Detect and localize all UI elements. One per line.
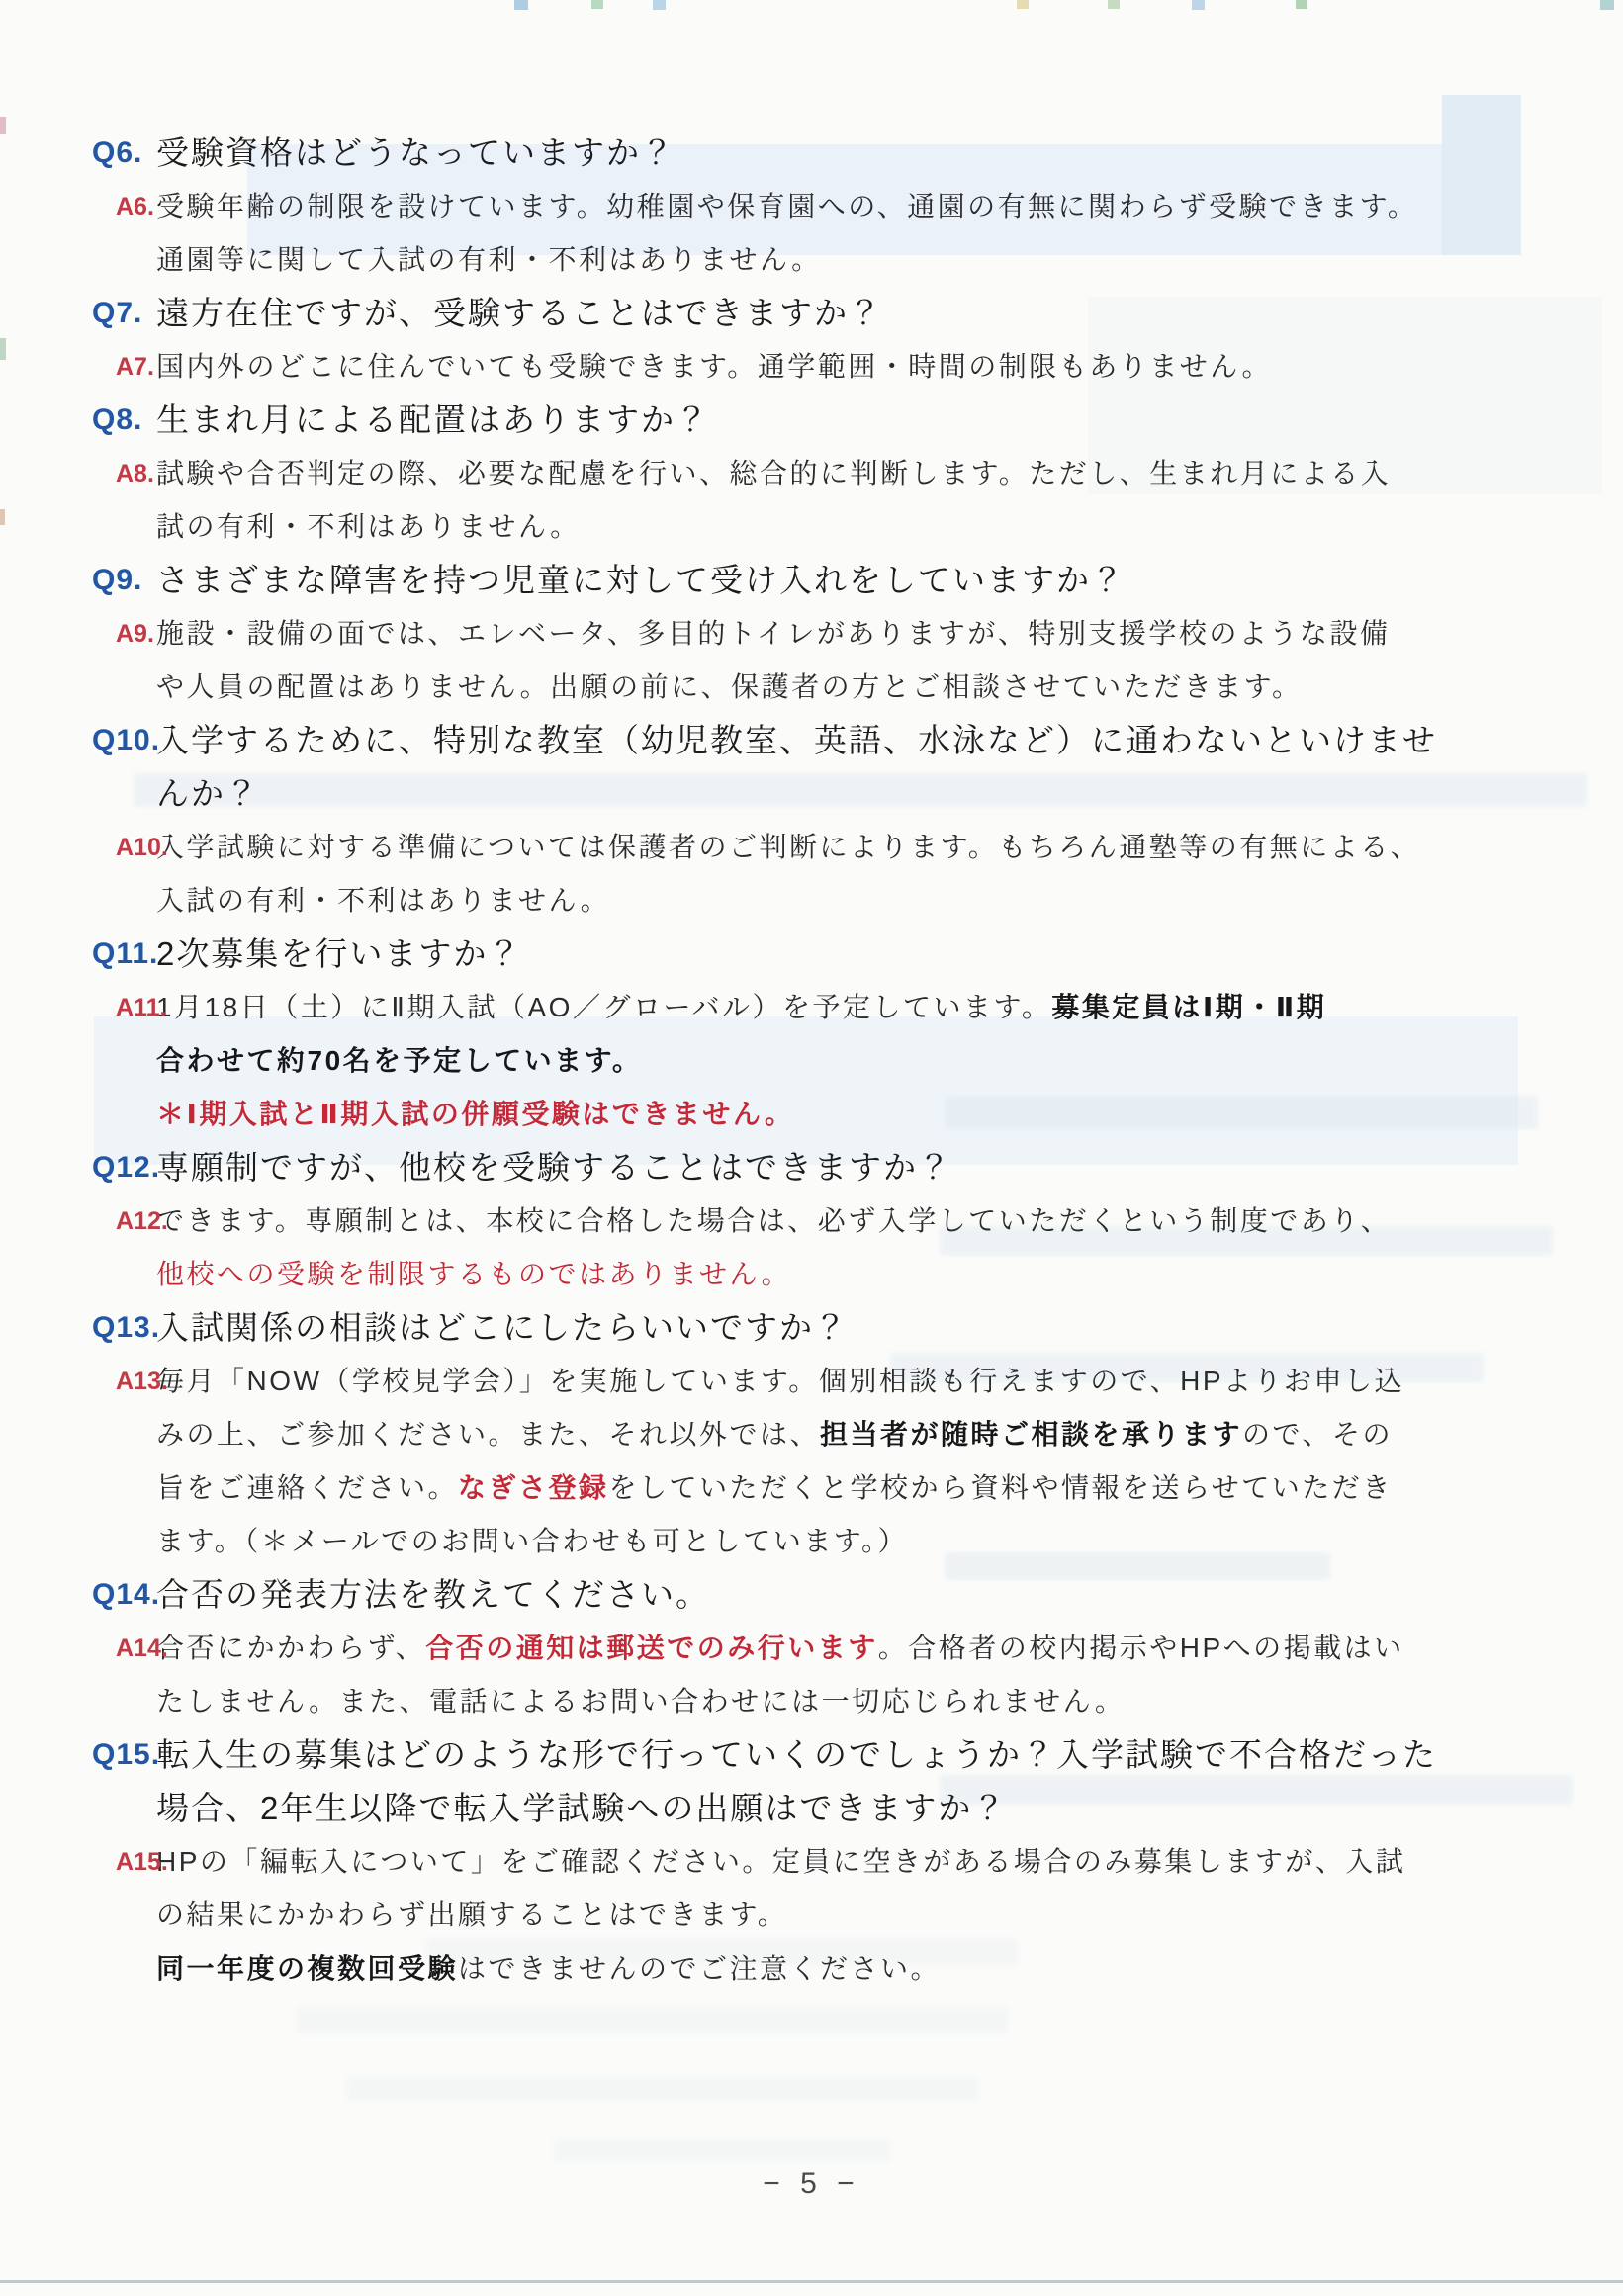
answer-note-red: ＊Ⅰ期入試とⅡ期入試の併願受験はできません。 bbox=[156, 1099, 795, 1129]
scan-speck bbox=[514, 0, 528, 10]
question-label: Q7. bbox=[92, 287, 142, 340]
question-text: 入試関係の相談はどこにしたらいいですか？ bbox=[156, 1309, 849, 1346]
answer-text-red-bold: なぎさ登録 bbox=[458, 1472, 609, 1503]
scan-ghost-text bbox=[346, 2076, 979, 2102]
answer-line: A10. 入学試験に対する準備については保護者のご判断によります。もちろん通塾等… bbox=[92, 821, 1536, 874]
scan-speck bbox=[1600, 0, 1614, 10]
faq-document: Q6. 受験資格はどうなっていますか？ A6. 受験年齢の制限を設けています。幼… bbox=[92, 127, 1536, 1995]
answer-label: A11. bbox=[116, 981, 166, 1034]
answer-line: 通園等に関して入試の有利・不利はありません。 bbox=[92, 233, 1536, 287]
qa-item-q12: Q12. 専願制ですが、他校を受験することはできますか？ A12. できます。専… bbox=[92, 1141, 1536, 1301]
answer-label: A8. bbox=[116, 447, 154, 500]
question-label: Q13. bbox=[92, 1301, 160, 1355]
question-label: Q6. bbox=[92, 127, 142, 180]
answer-line: みの上、ご参加ください。また、それ以外では、担当者が随時ご相談を承りますので、そ… bbox=[92, 1408, 1536, 1461]
scan-speck bbox=[1296, 0, 1307, 9]
answer-text: 受験年齢の制限を設けています。幼稚園や保育園への、通園の有無に関わらず受験できま… bbox=[156, 191, 1417, 221]
question-line: Q6. 受験資格はどうなっていますか？ bbox=[92, 127, 1536, 180]
question-line: Q10. 入学するために、特別な教室（幼児教室、英語、水泳など）に通わないといけ… bbox=[92, 714, 1536, 767]
answer-label: A12. bbox=[116, 1194, 168, 1248]
answer-label: A7. bbox=[116, 340, 154, 394]
answer-label: A14. bbox=[116, 1622, 168, 1675]
answer-text: や人員の配置はありません。出願の前に、保護者の方とご相談させていただきます。 bbox=[156, 671, 1302, 702]
question-label: Q8. bbox=[92, 394, 142, 447]
question-line: Q13. 入試関係の相談はどこにしたらいいですか？ bbox=[92, 1301, 1536, 1355]
question-label: Q11. bbox=[92, 927, 158, 981]
answer-label: A13. bbox=[116, 1355, 168, 1408]
answer-text: ます。（＊メールでのお問い合わせも可としています。） bbox=[156, 1526, 908, 1556]
answer-text: 試の有利・不利はありません。 bbox=[156, 511, 581, 542]
question-line: Q14. 合否の発表方法を教えてください。 bbox=[92, 1568, 1536, 1622]
question-label: Q9. bbox=[92, 554, 142, 607]
scan-speck bbox=[0, 117, 6, 134]
answer-text: 合否にかかわらず、 bbox=[156, 1633, 425, 1663]
answer-text-red: 他校への受験を制限するものではありません。 bbox=[156, 1259, 791, 1289]
answer-text: HPの「編転入について」をご確認ください。定員に空きがある場合のみ募集しますが、… bbox=[156, 1846, 1405, 1877]
question-line: Q8. 生まれ月による配置はありますか？ bbox=[92, 394, 1536, 447]
answer-line: A14. 合否にかかわらず、合否の通知は郵送でのみ行います。合格者の校内掲示やH… bbox=[92, 1622, 1536, 1675]
question-label: Q15. bbox=[92, 1728, 160, 1782]
answer-label: A15. bbox=[116, 1835, 168, 1889]
answer-text: 1月18日（土）にⅡ期入試（AO／グローバル）を予定しています。 bbox=[156, 992, 1051, 1022]
question-line: Q7. 遠方在住ですが、受験することはできますか？ bbox=[92, 287, 1536, 340]
answer-line: A13. 毎月「NOW（学校見学会）」を実施しています。個別相談も行えますので、… bbox=[92, 1355, 1536, 1408]
scan-speck bbox=[1017, 0, 1029, 9]
question-text: 生まれ月による配置はありますか？ bbox=[156, 401, 710, 438]
qa-item-q14: Q14. 合否の発表方法を教えてください。 A14. 合否にかかわらず、合否の通… bbox=[92, 1568, 1536, 1728]
answer-line: 他校への受験を制限するものではありません。 bbox=[92, 1248, 1536, 1301]
qa-item-q6: Q6. 受験資格はどうなっていますか？ A6. 受験年齢の制限を設けています。幼… bbox=[92, 127, 1536, 287]
scan-speck bbox=[1192, 0, 1205, 10]
question-text: 受験資格はどうなっていますか？ bbox=[156, 134, 676, 171]
qa-item-q9: Q9. さまざまな障害を持つ児童に対して受け入れをしていますか？ A9. 施設・… bbox=[92, 554, 1536, 714]
answer-label: A9. bbox=[116, 607, 154, 661]
scan-speck bbox=[1108, 0, 1120, 9]
question-line: Q11. 2次募集を行いますか？ bbox=[92, 927, 1536, 981]
answer-line: A7. 国内外のどこに住んでいても受験できます。通学範囲・時間の制限もありません… bbox=[92, 340, 1536, 394]
answer-text: 旨をご連絡ください。 bbox=[156, 1472, 458, 1503]
answer-label: A10. bbox=[116, 821, 168, 874]
scan-ghost-text bbox=[554, 2138, 890, 2162]
answer-note-line: ＊Ⅰ期入試とⅡ期入試の併願受験はできません。 bbox=[92, 1088, 1536, 1141]
answer-text: をしていただくと学校から資料や情報を送らせていただき bbox=[609, 1472, 1393, 1503]
answer-text-bold: 同一年度の複数回受験 bbox=[156, 1953, 458, 1984]
qa-item-q11: Q11. 2次募集を行いますか？ A11. 1月18日（土）にⅡ期入試（AO／グ… bbox=[92, 927, 1536, 1141]
scan-speck bbox=[653, 0, 666, 10]
question-label: Q14. bbox=[92, 1568, 160, 1622]
answer-line: の結果にかかわらず出願することはできます。 bbox=[92, 1889, 1536, 1942]
question-text: 専願制ですが、他校を受験することはできますか？ bbox=[156, 1149, 952, 1186]
answer-text: 。合格者の校内掲示やHPへの掲載はい bbox=[878, 1633, 1404, 1663]
scan-speck bbox=[0, 338, 6, 360]
question-line: んか？ bbox=[92, 767, 1536, 821]
answer-text: できます。専願制とは、本校に合格した場合は、必ず入学していただくという制度であり… bbox=[156, 1205, 1391, 1236]
qa-item-q8: Q8. 生まれ月による配置はありますか？ A8. 試験や合否判定の際、必要な配慮… bbox=[92, 394, 1536, 554]
answer-text: 施設・設備の面では、エレベータ、多目的トイレがありますが、特別支援学校のような設… bbox=[156, 618, 1390, 649]
answer-text: 入学試験に対する準備については保護者のご判断によります。もちろん通塾等の有無によ… bbox=[156, 832, 1420, 862]
answer-text: 通園等に関して入試の有利・不利はありません。 bbox=[156, 244, 822, 275]
qa-item-q13: Q13. 入試関係の相談はどこにしたらいいですか？ A13. 毎月「NOW（学校… bbox=[92, 1301, 1536, 1568]
answer-text: みの上、ご参加ください。また、それ以外では、 bbox=[156, 1419, 820, 1450]
question-text: 2次募集を行いますか？ bbox=[156, 935, 522, 972]
answer-label: A6. bbox=[116, 180, 154, 233]
answer-line: A9. 施設・設備の面では、エレベータ、多目的トイレがありますが、特別支援学校の… bbox=[92, 607, 1536, 661]
answer-line: A8. 試験や合否判定の際、必要な配慮を行い、総合的に判断します。ただし、生まれ… bbox=[92, 447, 1536, 500]
question-label: Q12. bbox=[92, 1141, 160, 1194]
answer-line: 合わせて約70名を予定しています。 bbox=[92, 1034, 1536, 1088]
question-text: 転入生の募集はどのような形で行っていくのでしょうか？入学試験で不合格だった bbox=[156, 1736, 1437, 1773]
answer-text-bold: 合わせて約70名を予定しています。 bbox=[156, 1045, 642, 1076]
answer-line: 旨をご連絡ください。なぎさ登録をしていただくと学校から資料や情報を送らせていただ… bbox=[92, 1461, 1536, 1515]
answer-text: の結果にかかわらず出願することはできます。 bbox=[156, 1899, 787, 1930]
answer-text: 入試の有利・不利はありません。 bbox=[156, 885, 610, 916]
question-label: Q10. bbox=[92, 714, 160, 767]
question-line: Q12. 専願制ですが、他校を受験することはできますか？ bbox=[92, 1141, 1536, 1194]
qa-item-q15: Q15. 転入生の募集はどのような形で行っていくのでしょうか？入学試験で不合格だ… bbox=[92, 1728, 1536, 1995]
scan-ghost-text bbox=[297, 2007, 1009, 2033]
answer-line: 同一年度の複数回受験はできませんのでご注意ください。 bbox=[92, 1942, 1536, 1995]
answer-line: 試の有利・不利はありません。 bbox=[92, 500, 1536, 554]
answer-line: ます。（＊メールでのお問い合わせも可としています。） bbox=[92, 1515, 1536, 1568]
page-number: − 5 − bbox=[0, 2167, 1623, 2201]
answer-line: 入試の有利・不利はありません。 bbox=[92, 874, 1536, 927]
answer-text: 毎月「NOW（学校見学会）」を実施しています。個別相談も行えますので、HPよりお… bbox=[156, 1366, 1404, 1396]
answer-text-bold: 担当者が随時ご相談を承ります bbox=[820, 1419, 1242, 1450]
answer-line: A15. HPの「編転入について」をご確認ください。定員に空きがある場合のみ募集… bbox=[92, 1835, 1536, 1889]
answer-text: ので、その bbox=[1242, 1419, 1393, 1450]
answer-text: たしません。また、電話によるお問い合わせには一切応じられません。 bbox=[156, 1686, 1125, 1717]
answer-text-bold: 募集定員はⅠ期・Ⅱ期 bbox=[1051, 992, 1326, 1022]
question-text: 入学するために、特別な教室（幼児教室、英語、水泳など）に通わないといけませ bbox=[156, 722, 1437, 758]
question-line: 場合、2年生以降で転入学試験への出願はできますか？ bbox=[92, 1782, 1536, 1835]
answer-line: A6. 受験年齢の制限を設けています。幼稚園や保育園への、通園の有無に関わらず受… bbox=[92, 180, 1536, 233]
scan-speck bbox=[0, 509, 5, 525]
qa-item-q10: Q10. 入学するために、特別な教室（幼児教室、英語、水泳など）に通わないといけ… bbox=[92, 714, 1536, 927]
answer-line: A12. できます。専願制とは、本校に合格した場合は、必ず入学していただくという… bbox=[92, 1194, 1536, 1248]
scan-speck bbox=[591, 0, 603, 9]
question-text: さまざまな障害を持つ児童に対して受け入れをしていますか？ bbox=[156, 562, 1126, 598]
qa-item-q7: Q7. 遠方在住ですが、受験することはできますか？ A7. 国内外のどこに住んで… bbox=[92, 287, 1536, 394]
question-line: Q15. 転入生の募集はどのような形で行っていくのでしょうか？入学試験で不合格だ… bbox=[92, 1728, 1536, 1782]
question-text: んか？ bbox=[156, 775, 260, 812]
answer-text-red: 合否の通知は郵送でのみ行います bbox=[425, 1633, 878, 1663]
answer-line: や人員の配置はありません。出願の前に、保護者の方とご相談させていただきます。 bbox=[92, 661, 1536, 714]
question-text: 合否の発表方法を教えてください。 bbox=[156, 1576, 710, 1613]
question-text: 遠方在住ですが、受験することはできますか？ bbox=[156, 295, 883, 331]
scanner-edge-line bbox=[0, 2280, 1623, 2283]
question-line: Q9. さまざまな障害を持つ児童に対して受け入れをしていますか？ bbox=[92, 554, 1536, 607]
answer-text: 試験や合否判定の際、必要な配慮を行い、総合的に判断します。ただし、生まれ月による… bbox=[156, 458, 1391, 488]
answer-line: A11. 1月18日（土）にⅡ期入試（AO／グローバル）を予定しています。募集定… bbox=[92, 981, 1536, 1034]
answer-text: 国内外のどこに住んでいても受験できます。通学範囲・時間の制限もありません。 bbox=[156, 351, 1272, 382]
answer-text: はできませんのでご注意ください。 bbox=[458, 1953, 941, 1984]
question-text: 場合、2年生以降で転入学試験への出願はできますか？ bbox=[156, 1790, 1007, 1826]
answer-line: たしません。また、電話によるお問い合わせには一切応じられません。 bbox=[92, 1675, 1536, 1728]
